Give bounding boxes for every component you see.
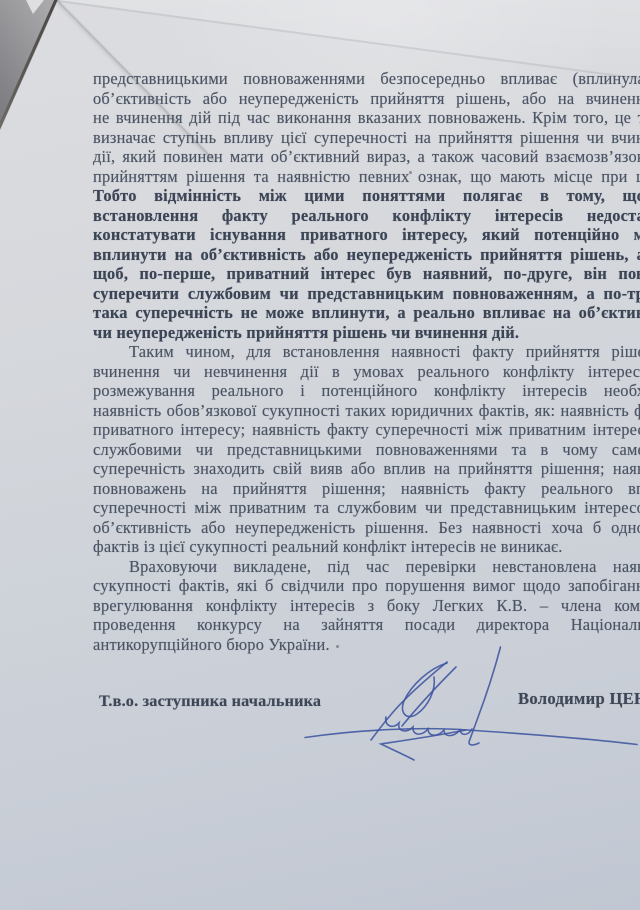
text-line: фактів із цієї сукупності реальний конфл… xyxy=(93,537,640,557)
text-line-bold: така суперечність не може вплинути, а ре… xyxy=(93,303,640,323)
text-line: повноважень на прийняття рішення; наявні… xyxy=(93,479,640,499)
text-line: суперечність знаходить свій вияв або впл… xyxy=(93,459,640,479)
text-line: дії, який повинен мати об’єктивний вираз… xyxy=(93,147,640,167)
text-line: наявність обов’язкової сукупності таких … xyxy=(93,401,640,421)
text-line: вчинення чи невчинення дії в умовах реал… xyxy=(93,362,640,382)
text-line-bold: вплинути на об’єктивність або неупередже… xyxy=(93,245,640,265)
text-line-bold: суперечити службовим чи представницьким … xyxy=(93,284,640,304)
text-line: приватного інтересу; наявність факту суп… xyxy=(93,420,640,440)
text-line: суперечності між приватним та службовим … xyxy=(93,498,640,518)
signature-loop xyxy=(402,663,447,717)
text-line: службовими чи представницькими повноваже… xyxy=(93,440,640,460)
text-line-bold: щоб, по-перше, приватний інтерес був ная… xyxy=(93,264,640,284)
text-line: прийняттям рішення та наявністю певних о… xyxy=(93,167,640,187)
text-line: Враховуючи викладене, під час перевірки … xyxy=(93,557,640,577)
text-line: представницькими повноваженнями безпосер… xyxy=(93,69,640,89)
text-line: Таким чином, для встановлення наявності … xyxy=(93,342,640,362)
document-body-text: представницькими повноваженнями безпосер… xyxy=(93,69,640,654)
text-line: не вчинення дій під час виконання вказан… xyxy=(93,108,640,128)
text-line-bold: констатувати існування приватного інтере… xyxy=(93,225,640,245)
text-line-bold: встановлення факту реального конфлікту і… xyxy=(93,206,640,226)
handwritten-signature-ink xyxy=(280,590,640,810)
text-line-bold: чи неупередженість прийняття рішень чи в… xyxy=(93,323,640,343)
text-line: визначає ступінь впливу цієї суперечност… xyxy=(93,128,640,148)
signature-small-loops xyxy=(386,717,472,736)
text-line: розмежування реального і потенційного ко… xyxy=(93,381,640,401)
text-line: об’єктивність або неупередженість рішенн… xyxy=(93,518,640,538)
scanned-document-page: представницькими повноваженнями безпосер… xyxy=(0,0,640,910)
text-line-bold: Тобто відмінність між цими поняттями пол… xyxy=(93,186,640,206)
text-line: об’єктивність або неупередженість прийня… xyxy=(93,89,640,109)
